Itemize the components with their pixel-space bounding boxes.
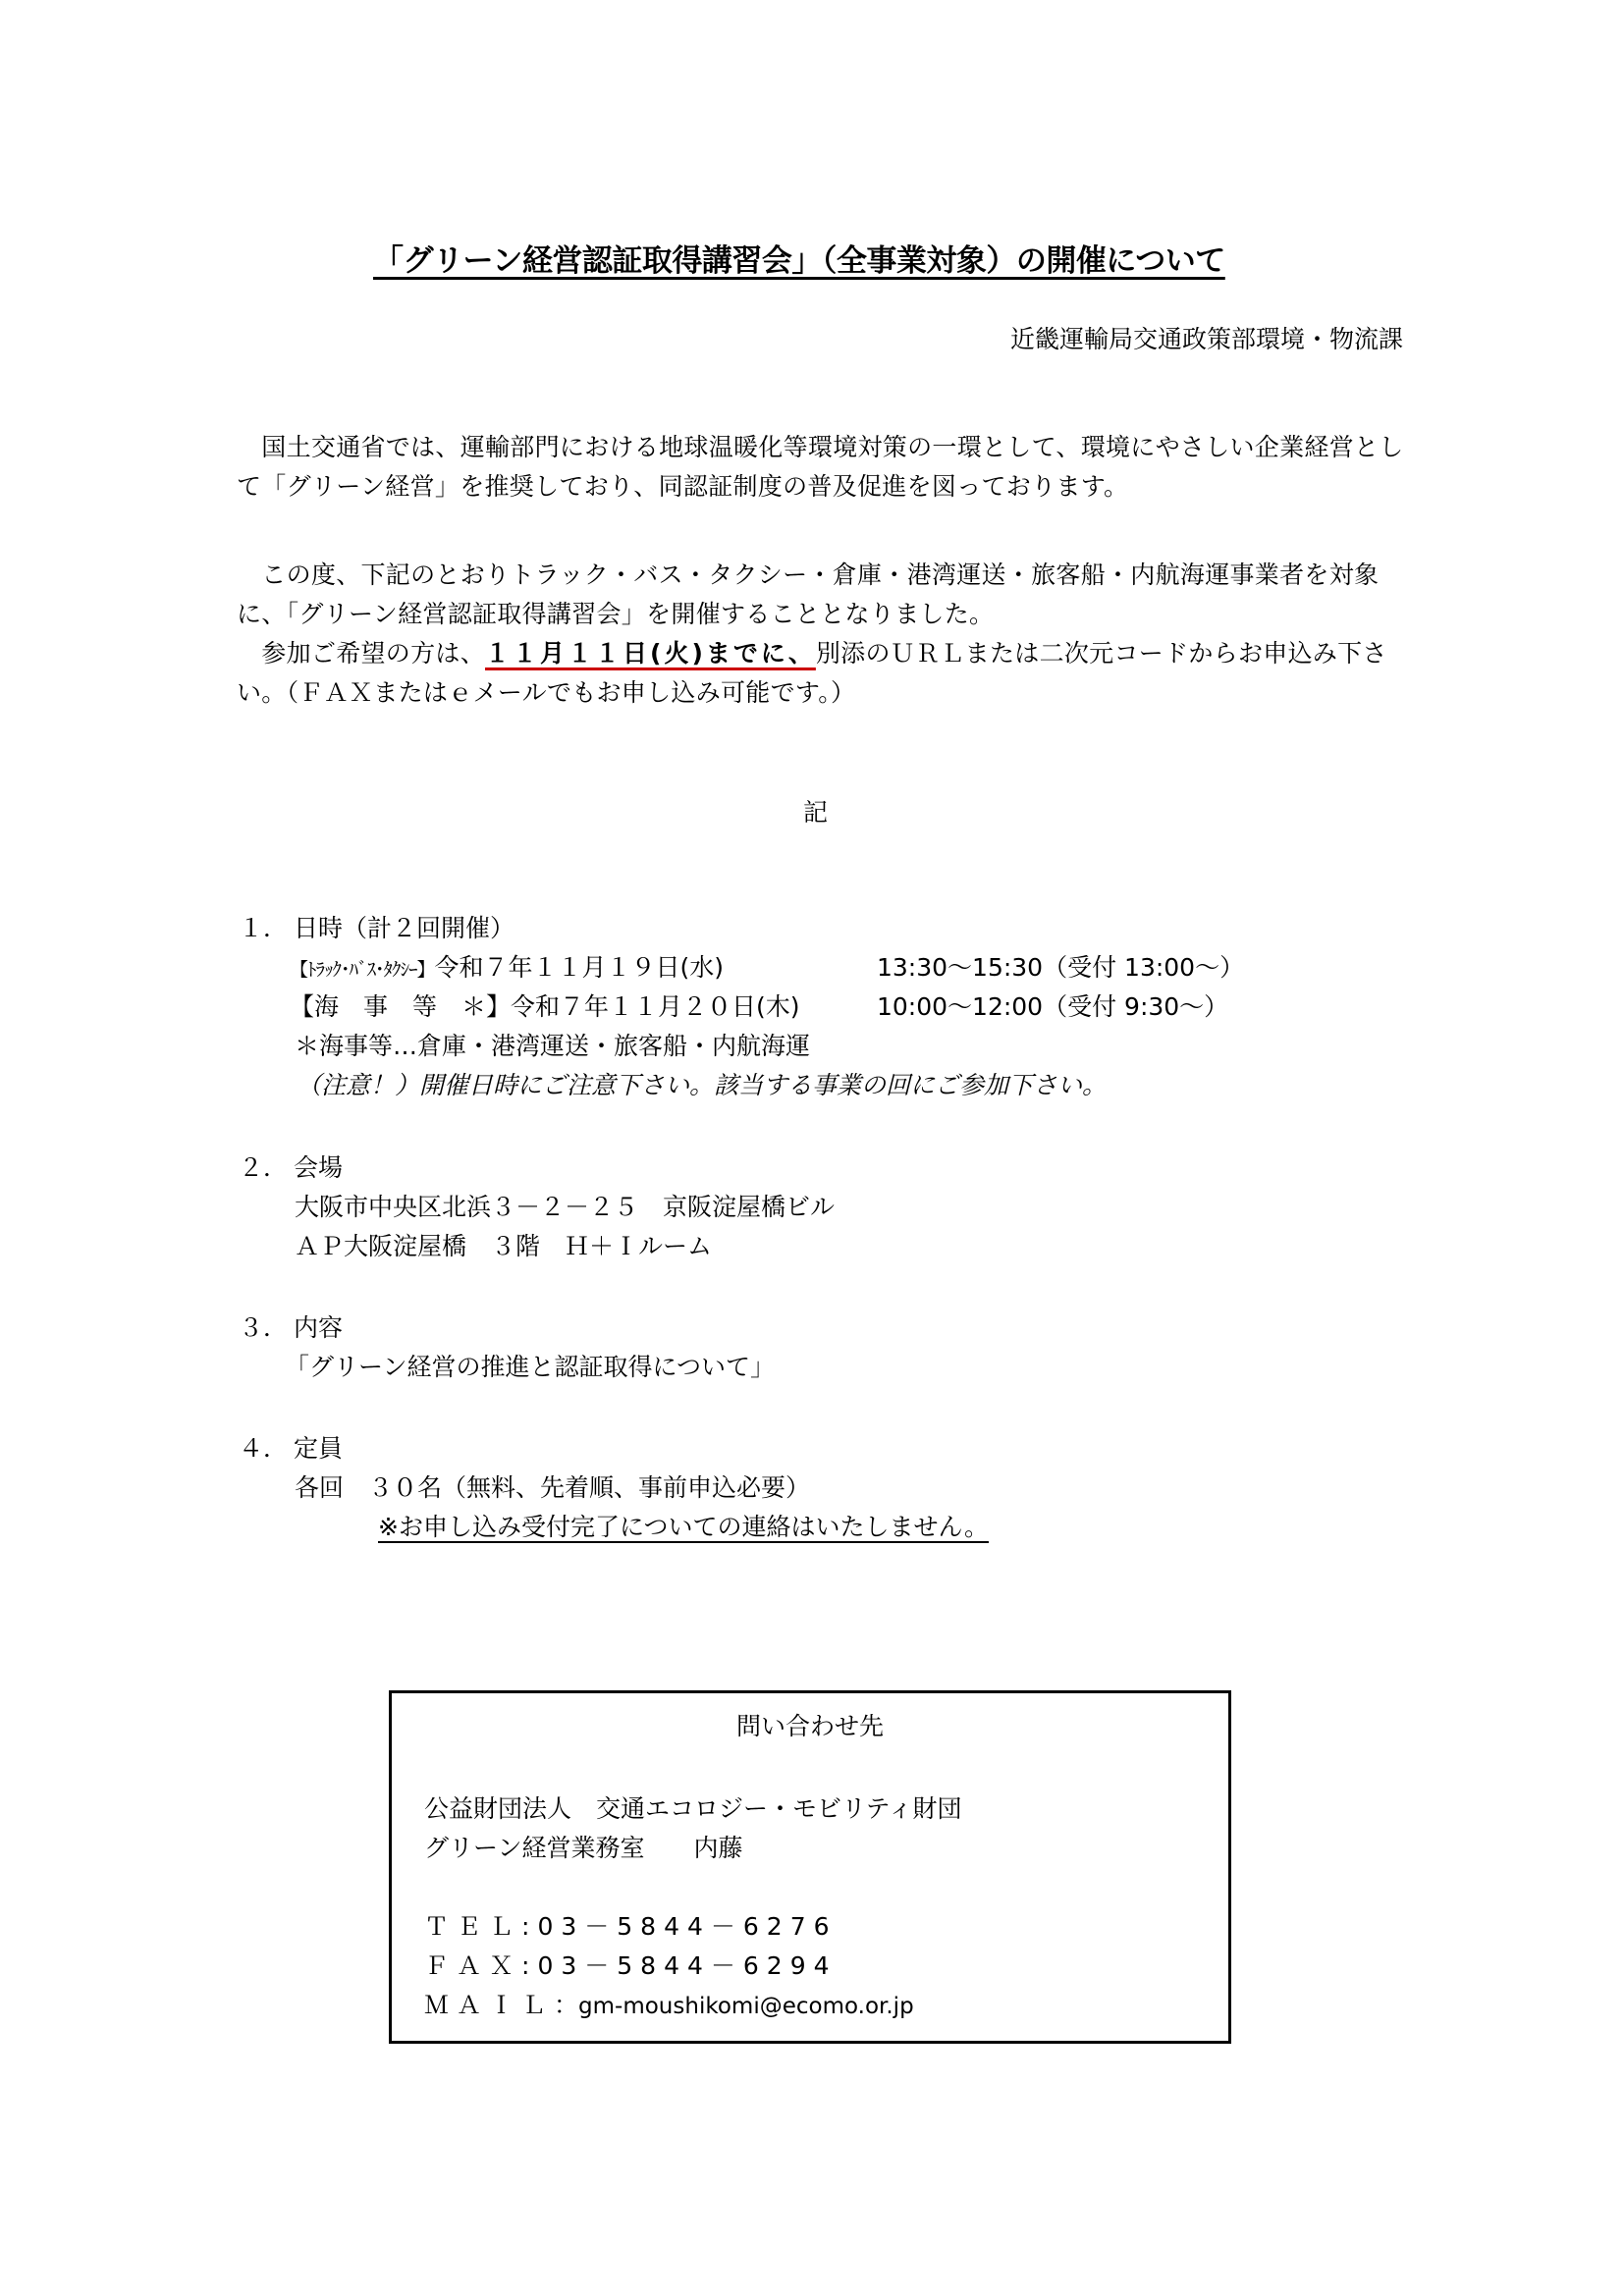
capacity-note: ※お申し込み受付完了についての連絡はいたしません。 (378, 1508, 989, 1547)
mail-address[interactable]: gm-moushikomi@ecomo.or.jp (578, 1994, 914, 2019)
venue-address: 大阪市中央区北浜３－２－２５ 京阪淀屋橋ビル (295, 1188, 835, 1227)
capacity-text: 各回 ３０名（無料、先着順、事前申込必要） (295, 1468, 810, 1508)
issuing-department: 近畿運輸局交通政策部環境・物流課 (1010, 320, 1403, 355)
section-heading: 定員 (294, 1434, 343, 1463)
intro-paragraph-1: 国土交通省では、運輸部門における地球温暖化等環境対策の一環として、環境にやさしい… (237, 428, 1405, 507)
section-content-heading: ３．内容 (239, 1308, 343, 1348)
intro-paragraph-3-lead: 参加ご希望の方は、 (237, 639, 485, 667)
section-heading: 日時（計２回開催） (294, 914, 514, 942)
application-deadline: １１月１１日(火)までに、 (485, 639, 816, 667)
contact-tel: ＴＥＬ:03－5844－6276 (424, 1907, 838, 1943)
intro-paragraph-3: 参加ご希望の方は、１１月１１日(火)までに、別添のＵＲＬまたは二次元コードからお… (237, 634, 1405, 713)
contact-box: 問い合わせ先 公益財団法人 交通エコロジー・モビリティ財団 グリーン経営業務室 … (389, 1690, 1231, 2044)
document-title: 「グリーン経営認証取得講習会」（全事業対象）の開催について (373, 236, 1225, 280)
contact-fax: ＦＡＸ:03－5844－6294 (424, 1947, 838, 1982)
session-tag: 【ﾄﾗｯｸ･ﾊﾞｽ･ﾀｸｼｰ】 (290, 959, 435, 981)
mail-label: ＭＡＩＬ (424, 1991, 554, 2019)
section-number: ２． (239, 1148, 294, 1188)
intro-paragraph-2: この度、下記のとおりトラック・バス・タクシー・倉庫・港湾運送・旅客船・内航海運事… (237, 556, 1405, 634)
contact-heading: 問い合わせ先 (392, 1707, 1228, 1742)
section-heading: 会場 (294, 1153, 343, 1182)
section-heading: 内容 (294, 1313, 343, 1342)
session-time-1: 13:30～15:30（受付 13:00～） (877, 948, 1244, 988)
caution-note: （注意！）開催日時にご注意下さい。該当する事業の回にご参加下さい。 (297, 1066, 1107, 1105)
session-row-1: 【ﾄﾗｯｸ･ﾊﾞｽ･ﾀｸｼｰ】令和７年１１月１９日(水) (290, 948, 724, 989)
tel-label: ＴＥＬ (424, 1912, 521, 1941)
section-number: ３． (239, 1308, 294, 1348)
tel-number[interactable]: 03－5844－6276 (537, 1912, 837, 1941)
content-topic: 「グリーン経営の推進と認証取得について」 (285, 1348, 775, 1387)
section-number: １． (239, 909, 294, 948)
section-number: ４． (239, 1429, 294, 1468)
ki-marker: 記 (803, 793, 828, 828)
session-date: 令和７年１１月２０日(木) (511, 992, 800, 1021)
contact-organization: 公益財団法人 交通エコロジー・モビリティ財団 (424, 1789, 962, 1825)
session-date: 令和７年１１月１９日(水) (435, 953, 725, 982)
session-tag: 【海 事 等 ＊】 (290, 992, 511, 1021)
contact-mail: ＭＡＩＬ：gm-moushikomi@ecomo.or.jp (424, 1986, 914, 2021)
session-row-2: 【海 事 等 ＊】令和７年１１月２０日(木) (290, 988, 800, 1027)
fax-label: ＦＡＸ (424, 1951, 521, 1980)
venue-room: ＡＰ大阪淀屋橋 ３階 Ｈ＋Ｉルーム (295, 1227, 712, 1266)
session-time-2: 10:00～12:00（受付 9:30～） (877, 988, 1228, 1027)
maritime-footnote: ＊海事等…倉庫・港湾運送・旅客船・内航海運 (295, 1027, 810, 1066)
section-venue-heading: ２．会場 (239, 1148, 343, 1188)
contact-office: グリーン経営業務室 内藤 (424, 1829, 743, 1864)
fax-number: 03－5844－6294 (537, 1951, 837, 1980)
section-capacity-heading: ４．定員 (239, 1429, 343, 1468)
section-datetime-heading: １．日時（計２回開催） (239, 909, 514, 948)
